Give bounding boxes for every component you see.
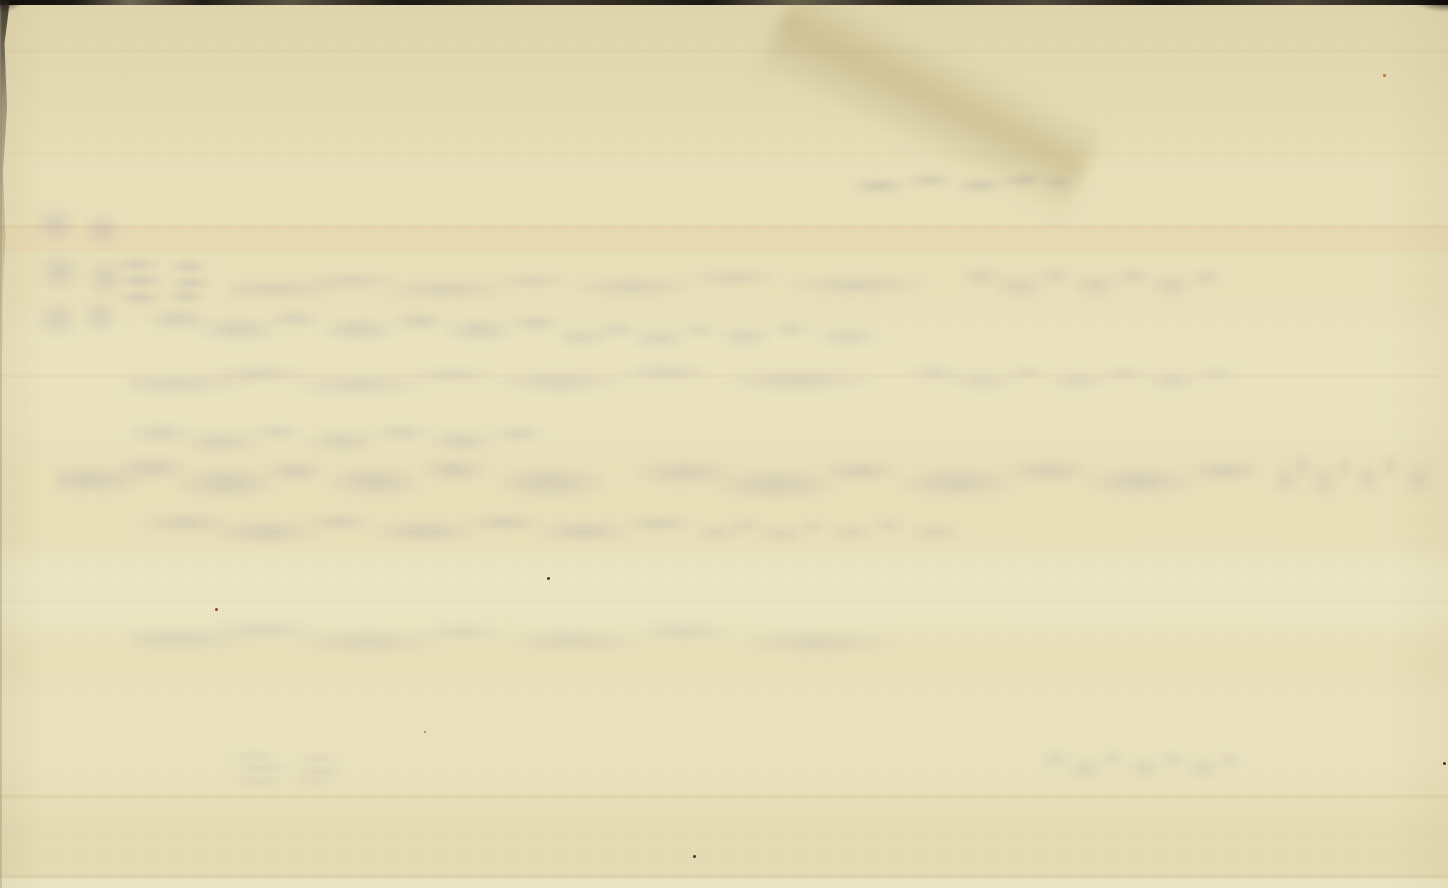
ink-bleed-smudge bbox=[560, 316, 890, 352]
light-band-bottom bbox=[0, 878, 1448, 888]
ink-bleed-smudge bbox=[212, 750, 367, 788]
ink-bleed-smudge bbox=[135, 301, 565, 348]
ink-bleed-smudge bbox=[22, 198, 140, 346]
ink-bleed-smudge bbox=[230, 263, 950, 304]
paper-speck bbox=[424, 731, 426, 733]
crease-line bbox=[0, 601, 1448, 603]
ink-bleed-smudge bbox=[620, 448, 1270, 505]
ink-bleed-smudge bbox=[1035, 742, 1245, 786]
ink-bleed-smudge bbox=[900, 358, 1240, 396]
pink-crease-band bbox=[0, 226, 1448, 251]
crease-line bbox=[0, 795, 1448, 798]
ink-bleed-smudge bbox=[700, 514, 970, 546]
paper-speck bbox=[215, 608, 218, 611]
ink-bleed-smudge bbox=[128, 356, 898, 402]
crease-line bbox=[0, 152, 1448, 154]
crease-line bbox=[0, 375, 1448, 377]
left-edge-hairline bbox=[0, 0, 2, 888]
scanner-edge-top bbox=[0, 0, 1448, 5]
paper-texture bbox=[0, 0, 1448, 888]
ink-bleed-smudge bbox=[55, 449, 625, 506]
crease-line bbox=[0, 50, 1448, 52]
crease-line bbox=[0, 875, 1448, 878]
paper-speck bbox=[1443, 762, 1446, 765]
ink-bleed-smudge bbox=[1275, 445, 1440, 503]
ink-bleed-smudge bbox=[128, 506, 698, 548]
ink-bleed-smudge bbox=[130, 614, 920, 660]
fold-stain-top-right bbox=[754, 0, 1125, 222]
ink-bleed-smudge bbox=[118, 416, 548, 458]
ink-bleed-smudge bbox=[955, 260, 1225, 302]
paper-speck bbox=[547, 577, 550, 580]
paper-speck bbox=[693, 855, 696, 858]
paper-speck bbox=[1383, 74, 1386, 77]
pencil-ghost-writing bbox=[852, 158, 1081, 206]
ink-bleed-smudge bbox=[100, 255, 230, 307]
scanned-card-back bbox=[0, 0, 1448, 888]
